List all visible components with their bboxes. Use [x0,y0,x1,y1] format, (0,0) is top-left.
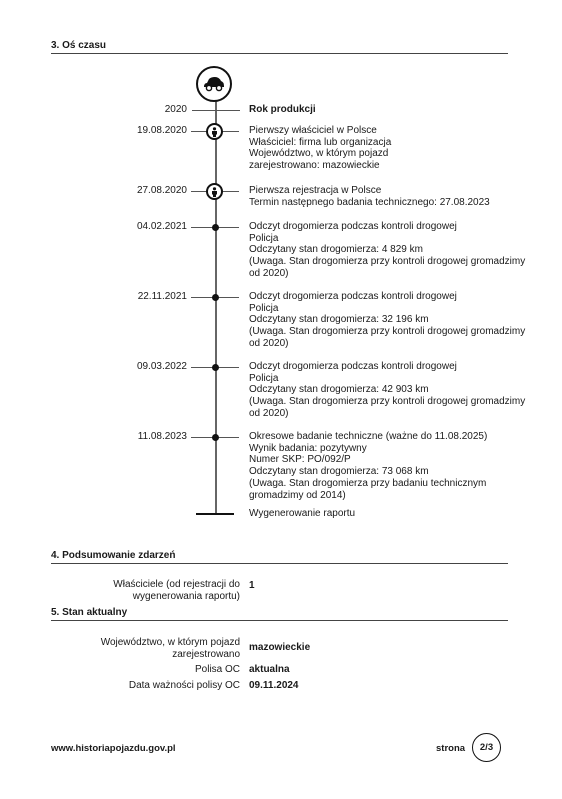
event-description-line: gromadzimy od 2014) [249,490,487,502]
event-date: 2020 [117,104,187,116]
event-description: Odczyt drogomierza podczas kontroli drog… [249,361,525,420]
event-description-line: Odczytany stan drogomierza: 32 196 km [249,314,525,326]
event-description-line: (Uwaga. Stan drogomierza przy badaniu te… [249,478,487,490]
event-description-line: Odczyt drogomierza podczas kontroli drog… [249,291,525,303]
event-date: 22.11.2021 [117,291,187,303]
event-description-line: Termin następnego badania technicznego: … [249,197,490,209]
section-title-current: 5. Stan aktualny [51,607,508,621]
oc-value: aktualna [249,664,290,676]
voivodeship-value: mazowieckie [249,642,310,654]
event-description-line: (Uwaga. Stan drogomierza przy kontroli d… [249,256,525,268]
car-icon [196,66,232,102]
owners-label-line1: Właściciele (od rejestracji do [50,579,240,591]
event-description-line: od 2020) [249,268,525,280]
event-description-line: Właściciel: firma lub organizacja [249,137,391,149]
event-date: 27.08.2020 [117,185,187,197]
event-description-line: zarejestrowano: mazowieckie [249,160,391,172]
event-description-line: Policja [249,373,525,385]
event-description-line: Pierwsza rejestracja w Polsce [249,185,490,197]
oc-label: Polisa OC [50,664,240,676]
event-description: Pierwszy właściciel w PolsceWłaściciel: … [249,125,391,172]
event-description-line: (Uwaga. Stan drogomierza przy kontroli d… [249,396,525,408]
person-icon [206,123,223,140]
event-description-line: Wynik badania: pozytywny [249,443,487,455]
owners-label: Właściciele (od rejestracji do wygenerow… [50,579,240,603]
person-icon [206,183,223,200]
event-dot-icon [212,294,219,301]
timeline-end-bar [196,513,234,515]
event-description-line: Odczytany stan drogomierza: 73 068 km [249,466,487,478]
event-description-line: Odczyt drogomierza podczas kontroli drog… [249,361,525,373]
event-description-line: Odczytany stan drogomierza: 42 903 km [249,384,525,396]
event-description-line: Policja [249,233,525,245]
owners-value: 1 [249,580,255,592]
voivodeship-label-line2: zarejestrowano [50,649,240,661]
event-description-line: Odczyt drogomierza podczas kontroli drog… [249,221,525,233]
page-number-badge: 2/3 [472,733,501,762]
event-description-line: Pierwszy właściciel w Polsce [249,125,391,137]
event-description: Okresowe badanie techniczne (ważne do 11… [249,431,487,501]
event-description-line: Okresowe badanie techniczne (ważne do 11… [249,431,487,443]
oc-expiry-value: 09.11.2024 [249,680,299,692]
event-dot-icon [212,364,219,371]
event-description-line: od 2020) [249,408,525,420]
section-title-timeline: 3. Oś czasu [51,40,508,54]
owners-label-line2: wygenerowania raportu) [50,591,240,603]
section-title-summary: 4. Podsumowanie zdarzeń [51,550,508,564]
event-description-line: Województwo, w którym pojazd [249,148,391,160]
footer-url-link[interactable]: www.historiapojazdu.gov.pl [51,743,176,754]
timeline-axis [215,100,217,514]
voivodeship-label-line1: Województwo, w którym pojazd [50,637,240,649]
event-description: Rok produkcji [249,104,316,116]
event-description-line: Odczytany stan drogomierza: 4 829 km [249,244,525,256]
event-description: Odczyt drogomierza podczas kontroli drog… [249,221,525,280]
event-description-line: Numer SKP: PO/092/P [249,454,487,466]
event-description-line: Policja [249,303,525,315]
event-description-line: Rok produkcji [249,104,316,116]
event-date: 19.08.2020 [117,125,187,137]
event-description-line: od 2020) [249,338,525,350]
event-dot-icon [212,434,219,441]
event-date: 09.03.2022 [117,361,187,373]
timeline-end-label: Wygenerowanie raportu [249,508,355,520]
event-dot-icon [212,224,219,231]
event-tick [192,110,240,111]
voivodeship-label: Województwo, w którym pojazd zarejestrow… [50,637,240,661]
event-description: Pierwsza rejestracja w PolsceTermin nast… [249,185,490,208]
event-date: 04.02.2021 [117,221,187,233]
oc-expiry-label: Data ważności polisy OC [50,680,240,692]
event-description: Odczyt drogomierza podczas kontroli drog… [249,291,525,350]
footer-page-label: strona [436,743,465,754]
event-description-line: (Uwaga. Stan drogomierza przy kontroli d… [249,326,525,338]
event-date: 11.08.2023 [117,431,187,443]
